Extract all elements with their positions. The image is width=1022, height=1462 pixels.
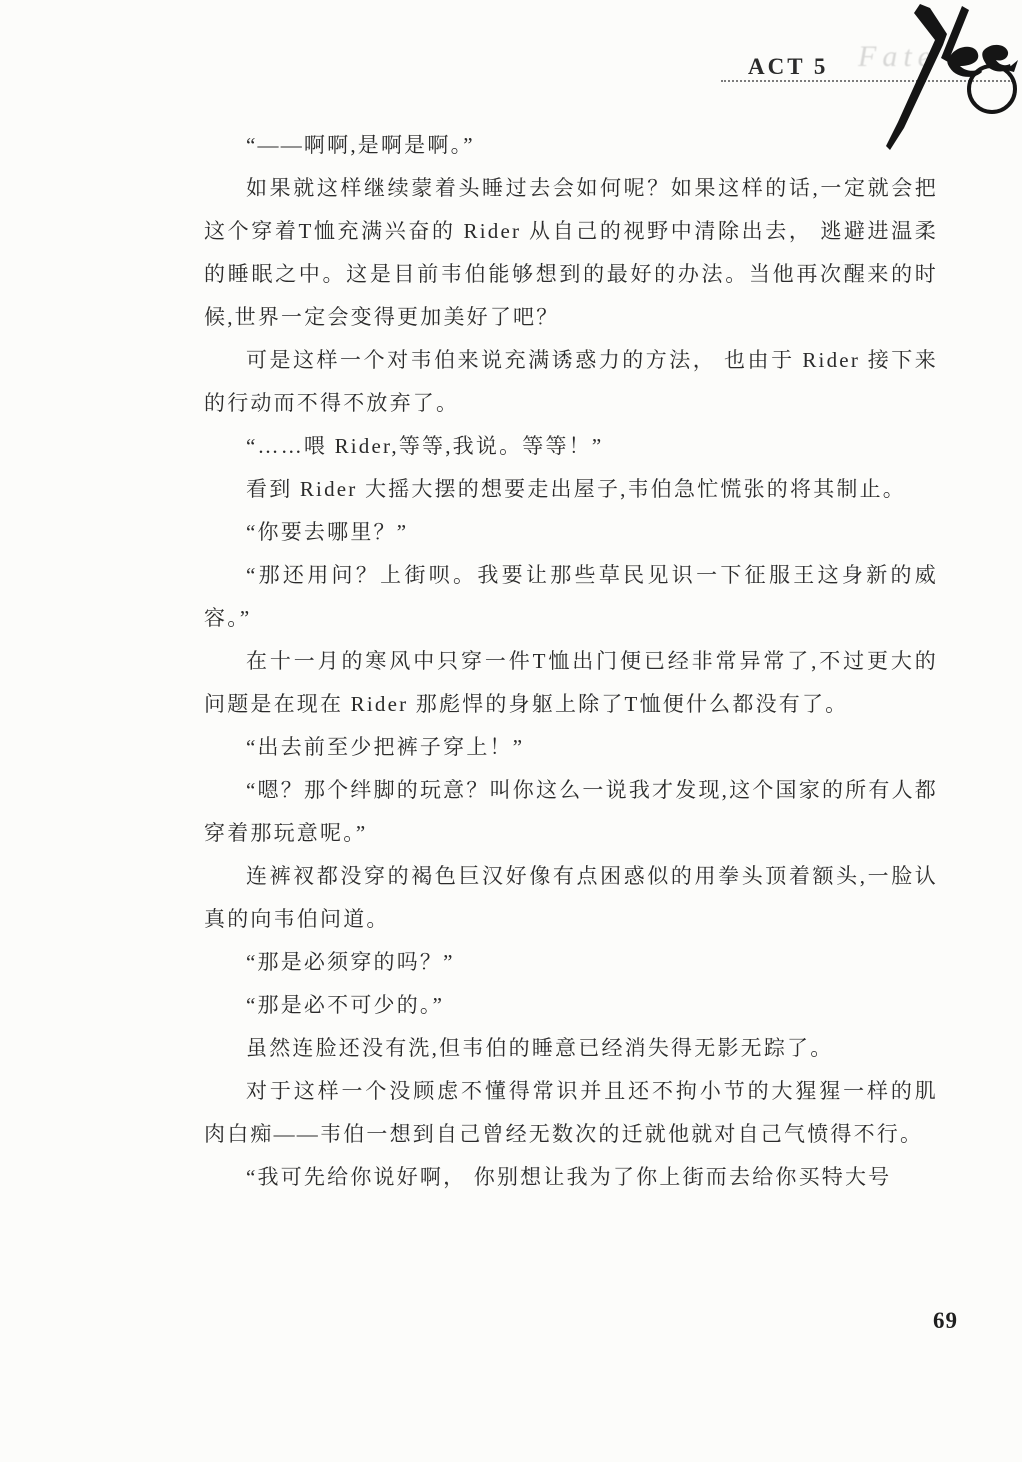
paragraph: “——啊啊,是啊是啊。”	[204, 124, 938, 167]
paragraph: “……喂 Rider,等等,我说。等等！”	[204, 425, 938, 468]
book-page: ACT 5 Fate “——啊啊,是啊是啊。” 如果就这样继续蒙着头睡过去会如何…	[0, 0, 1022, 1462]
paragraph: 在十一月的寒风中只穿一件T恤出门便已经非常异常了,不过更大的问题是在现在 Rid…	[204, 640, 938, 726]
paragraph: “那是必不可少的。”	[204, 984, 938, 1027]
paragraph: 看到 Rider 大摇大摆的想要走出屋子,韦伯急忙慌张的将其制止。	[204, 468, 938, 511]
paragraph: 对于这样一个没顾虑不懂得常识并且还不拘小节的大猩猩一样的肌肉白痴——韦伯一想到自…	[204, 1070, 938, 1156]
page-body: “——啊啊,是啊是啊。” 如果就这样继续蒙着头睡过去会如何呢？如果这样的话,一定…	[204, 124, 938, 1199]
paragraph: “嗯？那个绊脚的玩意？叫你这么一说我才发现,这个国家的所有人都穿着那玩意呢。”	[204, 769, 938, 855]
paragraph: “出去前至少把裤子穿上！”	[204, 726, 938, 769]
paragraph: “那是必须穿的吗？”	[204, 941, 938, 984]
act-label: ACT 5	[748, 54, 828, 80]
paragraph: 虽然连脸还没有洗,但韦伯的睡意已经消失得无影无踪了。	[204, 1027, 938, 1070]
page-number: 69	[933, 1308, 958, 1334]
paragraph: “你要去哪里？”	[204, 511, 938, 554]
paragraph: “我可先给你说好啊， 你别想让我为了你上街而去给你买特大号	[204, 1156, 938, 1199]
paragraph: 可是这样一个对韦伯来说充满诱惑力的方法， 也由于 Rider 接下来的行动而不得…	[204, 339, 938, 425]
paragraph: 如果就这样继续蒙着头睡过去会如何呢？如果这样的话,一定就会把这个穿着T恤充满兴奋…	[204, 167, 938, 339]
paragraph: “那还用问？上街呗。我要让那些草民见识一下征服王这身新的威容。”	[204, 554, 938, 640]
paragraph: 连裤衩都没穿的褐色巨汉好像有点困惑似的用拳头顶着额头,一脸认真的向韦伯问道。	[204, 855, 938, 941]
